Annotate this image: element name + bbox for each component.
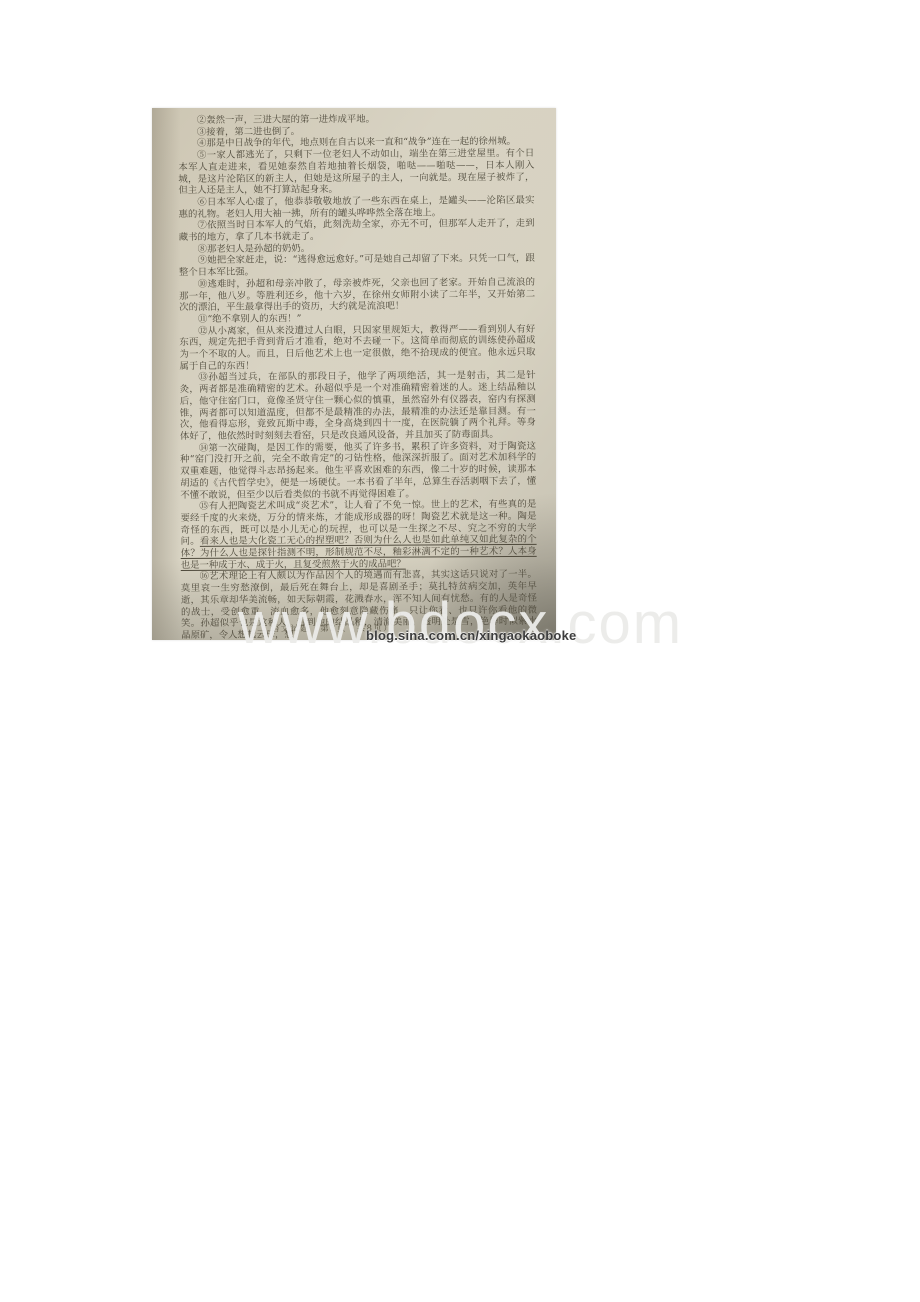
- paragraph-number: ⑦: [197, 220, 207, 231]
- exam-text-block: ②轰然一声，三进大屋的第一进炸成平地。③接着，第二进也倒了。④那是中日战争的年代…: [178, 113, 537, 642]
- paragraph: ⑮有人把陶瓷艺术叫成“炎艺术”，让人看了不免一惊。世上的艺术，有些真的是要经千度…: [180, 499, 536, 571]
- paragraph-number: ⑤: [197, 150, 207, 161]
- paragraph-number: ⑯: [200, 571, 210, 582]
- bdocx-watermark: www.bdocx.com: [238, 592, 683, 656]
- paragraph-number: ⑧: [198, 244, 207, 255]
- paragraph-number: ⑫: [198, 325, 208, 336]
- paragraph: ⑫从小离家，但从来没遭过人白眼，只因家里规矩大，教得严——看到别人有好东西，规定…: [179, 323, 535, 372]
- paragraph: ⑦依照当时日本军人的气焰，此刻洗劫全家，亦无不可，但那军人走开了，走到藏书的地方…: [179, 218, 535, 244]
- paragraph-number: ⑮: [199, 501, 209, 512]
- paragraph-number: ⑨: [198, 255, 208, 266]
- paragraph-number: ②: [197, 115, 206, 126]
- paragraph-number: ④: [197, 138, 206, 149]
- underlined-passage: 看来人也是大化瓷工无心的捏塑吧？否则为什么人也是如此单纯又如此复杂的个体？为什么…: [181, 534, 537, 571]
- paragraph: ⑬孙超当过兵，在部队的那段日子，他学了两项绝活，其一是射击，其二是针灸，两者都是…: [180, 370, 536, 442]
- paragraph-number: ⑩: [198, 279, 208, 290]
- paragraph-number: ⑪: [198, 314, 207, 325]
- paragraph: ⑭第一次碰陶，是因工作的需要，他买了许多书，累积了许多资料，对于陶瓷这种“窑门没…: [180, 441, 536, 502]
- paragraph: ⑤一家人都逃光了，只剩下一位老妇人不动如山，端坐在第三进堂屋里。有个日本军人直走…: [178, 148, 534, 197]
- paragraph-number: ⑭: [199, 443, 209, 454]
- exam-paper-photo: ②轰然一声，三进大屋的第一进炸成平地。③接着，第二进也倒了。④那是中日战争的年代…: [152, 108, 556, 640]
- paragraph: ⑨她把全家赶走，说：“逃得愈远愈好。”可是她自己却留了下来。只凭一口气，跟整个日…: [179, 253, 535, 279]
- paragraph: ⑥日本军人心虚了，他恭恭敬敬地放了一些东西在桌上，是罐头——沦陷区最实惠的礼物。…: [179, 195, 535, 221]
- paragraph-number: ③: [197, 127, 206, 138]
- blog-watermark: blog.sina.com.cn/xingaokaoboke: [366, 628, 576, 643]
- paragraph: ⑩逃难时，孙超和母亲冲散了，母亲被炸死，父亲也回了老家。开始自己流浪的那一年，他…: [179, 277, 535, 314]
- paragraph-number: ⑬: [198, 372, 208, 383]
- paragraph-number: ⑥: [197, 197, 207, 208]
